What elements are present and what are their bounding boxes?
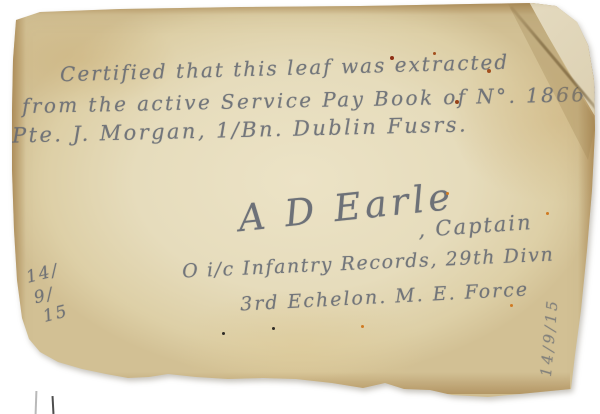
paper-drop-shadow: Certified that this leaf was extracted f… <box>0 0 600 414</box>
foxing-spot <box>446 192 449 195</box>
foxing-spot <box>455 100 459 104</box>
date-day: 14/ <box>24 260 61 287</box>
aged-edge-bottom <box>30 372 570 394</box>
foxing-spot <box>510 304 513 307</box>
echelon-line: 3rd Echelon. M. E. Force <box>240 278 530 315</box>
handwriting-certify-line: Certified that this leaf was extracted <box>60 50 510 87</box>
document-photo: Certified that this leaf was extracted f… <box>0 0 600 414</box>
paper-sheet: Certified that this leaf was extracted f… <box>0 0 600 414</box>
foxing-spot <box>222 332 225 335</box>
handwriting-soldier-line: Pte. J. Morgan, 1/Bn. Dublin Fusrs. <box>12 112 469 147</box>
foxing-spot <box>433 52 436 55</box>
office-line: O i/c Infantry Records, 29th Divn <box>182 244 555 283</box>
foxing-spot <box>390 56 394 60</box>
foxing-spot <box>546 212 549 215</box>
foxing-spot <box>487 69 491 73</box>
aged-edge-top <box>14 3 559 15</box>
aged-edge-left <box>12 15 26 375</box>
foxing-spot <box>361 325 364 328</box>
handwriting-source-line: from the active Service Pay Book of N°. … <box>22 82 600 118</box>
foxing-spot <box>272 327 275 330</box>
